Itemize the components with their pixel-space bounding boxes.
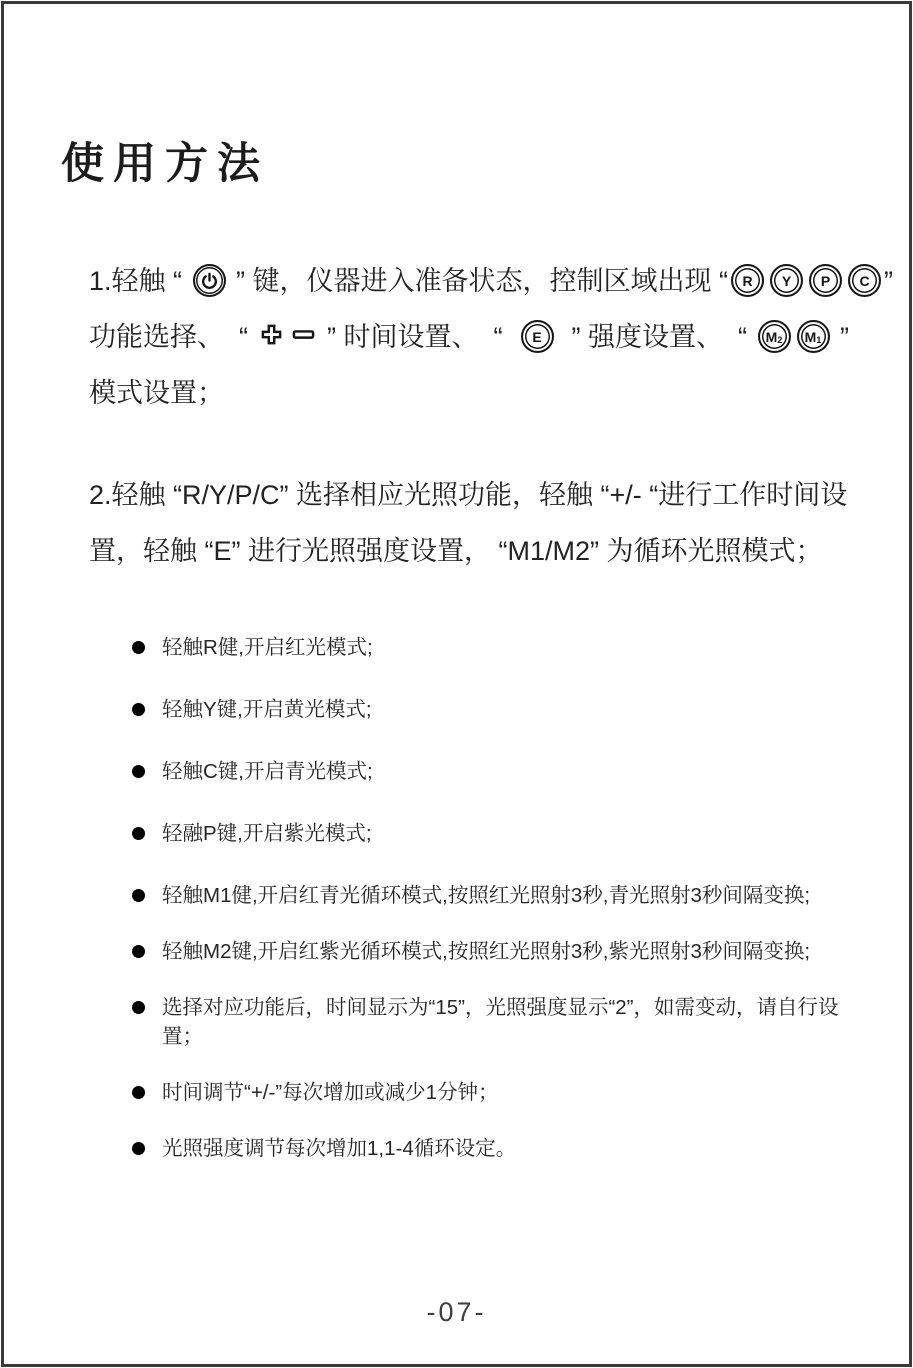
instruction-2-line-1: 2.轻触 “R/Y/P/C” 选择相应光照功能，轻触 “+/- “进行工作时间设	[89, 467, 869, 523]
bullet-item: 轻触M2键,开启红紫光循环模式,按照红光照射3秒,紫光照射3秒间隔变换;	[132, 937, 868, 966]
bullet-text: 选择对应功能后，时间显示为“15”，光照强度显示“2”，如需变动，请自行设置；	[162, 993, 868, 1051]
text-run: 功能选择、 “	[89, 322, 256, 352]
bullet-item: 选择对应功能后，时间显示为“15”，光照强度显示“2”，如需变动，请自行设置；	[132, 993, 868, 1051]
text-run: ”	[884, 266, 893, 296]
p-key-icon: P	[809, 264, 842, 297]
page-number: -07-	[4, 1297, 909, 1328]
m1-key-icon: M1	[797, 320, 830, 353]
bullet-text: 轻融P键,开启紫光模式;	[162, 819, 372, 848]
instruction-1-line-3: 模式设置；	[89, 365, 869, 421]
bullet-dot-icon	[132, 641, 145, 654]
m2-key-icon: M2	[758, 320, 791, 353]
bullet-dot-icon	[132, 1001, 145, 1014]
bullet-text: 时间调节“+/-”每次增加或减少1分钟；	[162, 1078, 499, 1107]
power-icon	[193, 264, 226, 297]
bullet-dot-icon	[132, 827, 145, 840]
text-run: ”	[833, 322, 850, 352]
bullet-text: 轻触Y键,开启黄光模式;	[162, 695, 372, 724]
bullet-item: 轻触C键,开启青光模式;	[132, 757, 868, 786]
bullet-dot-icon	[132, 889, 145, 902]
r-key-icon: R	[731, 264, 764, 297]
bullet-item: 轻触R健,开启红光模式;	[132, 633, 868, 662]
bullet-dot-icon	[132, 765, 145, 778]
bullet-dot-icon	[132, 1086, 145, 1099]
plus-icon	[260, 309, 283, 365]
page-title: 使用方法	[61, 130, 909, 191]
text-run: 模式设置；	[89, 378, 224, 408]
bullet-text: 轻触M1健,开启红青光循环模式,按照红光照射3秒,青光照射3秒间隔变换;	[162, 881, 810, 910]
bullet-item: 时间调节“+/-”每次增加或减少1分钟；	[132, 1078, 868, 1107]
minus-icon	[291, 309, 316, 365]
bullet-text: 光照强度调节每次增加1,1-4循环设定。	[162, 1134, 516, 1163]
instruction-2-line-2: 置，轻触 “E” 进行光照强度设置， “M1/M2” 为循环光照模式；	[89, 523, 869, 579]
bullet-text: 轻触R健,开启红光模式;	[162, 633, 373, 662]
text-run: ” 时间设置、 “	[320, 322, 518, 352]
y-key-icon: Y	[770, 264, 803, 297]
c-key-icon: C	[848, 264, 881, 297]
e-key-icon: E	[521, 320, 554, 353]
bullet-item: 轻触Y键,开启黄光模式;	[132, 695, 868, 724]
bullet-dot-icon	[132, 703, 145, 716]
text-run: ” 强度设置、 “	[557, 322, 755, 352]
bullet-item: 轻触M1健,开启红青光循环模式,按照红光照射3秒,青光照射3秒间隔变换;	[132, 881, 868, 910]
instruction-step-1: 1.轻触 “ ” 键，仪器进入准备状态，控制区域出现 “RYPC” 功能选择、 …	[89, 253, 869, 421]
bullet-text: 轻触C键,开启青光模式;	[162, 757, 373, 786]
instruction-step-2: 2.轻触 “R/Y/P/C” 选择相应光照功能，轻触 “+/- “进行工作时间设…	[89, 467, 869, 579]
bullet-dot-icon	[132, 1142, 145, 1155]
bullet-item: 光照强度调节每次增加1,1-4循环设定。	[132, 1134, 868, 1163]
manual-page: 使用方法 1.轻触 “ ” 键，仪器进入准备状态，控制区域出现 “RYPC” 功…	[1, 1, 912, 1367]
text-run: 1.轻触 “	[89, 266, 190, 296]
bullet-text: 轻触M2键,开启红紫光循环模式,按照红光照射3秒,紫光照射3秒间隔变换;	[162, 937, 810, 966]
instruction-1-line-1: 1.轻触 “ ” 键，仪器进入准备状态，控制区域出现 “RYPC”	[89, 253, 869, 309]
bullet-item: 轻融P键,开启紫光模式;	[132, 819, 868, 848]
bullet-list: 轻触R健,开启红光模式;轻触Y键,开启黄光模式;轻触C键,开启青光模式;轻融P键…	[132, 633, 868, 1163]
text-run: ” 键，仪器进入准备状态，控制区域出现 “	[229, 266, 729, 296]
instruction-1-line-2: 功能选择、 “ ” 时间设置、 “ E ” 强度设置、 “ M2M1 ”	[89, 309, 869, 365]
bullet-dot-icon	[132, 945, 145, 958]
